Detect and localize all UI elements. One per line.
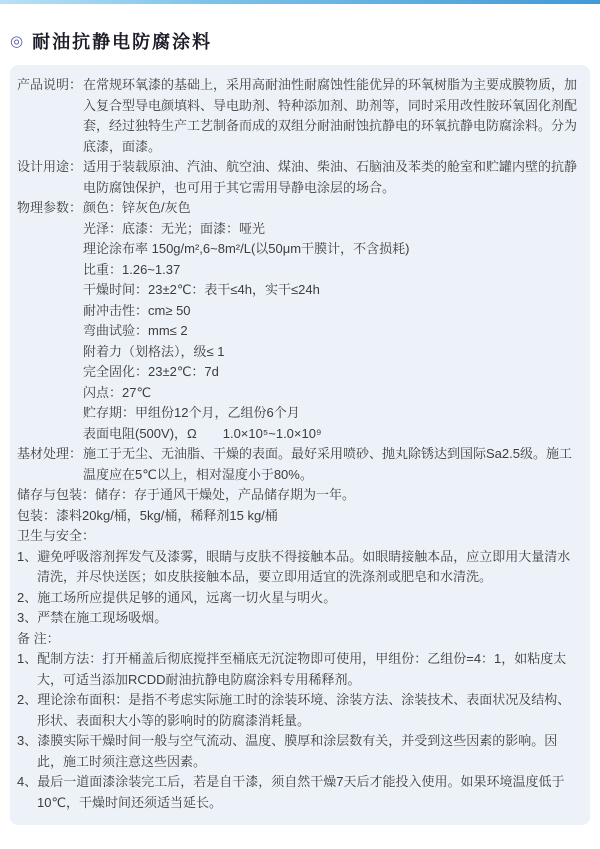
section-text: 在常规环氧漆的基础上，采用高耐油性耐腐蚀性能优异的环氧树脂为主要成膜物质，加入复… — [83, 75, 583, 157]
note-item: 1、配制方法：打开桶盖后彻底搅拌至桶底无沉淀物即可使用，甲组份：乙组份=4：1，… — [17, 649, 583, 690]
safety-item: 3、严禁在施工现场吸烟。 — [17, 608, 583, 629]
note-item: 4、最后一道面漆涂装完工后，若是自干漆，须自然干燥7天后才能投入使用。如果环境温… — [17, 772, 583, 813]
param-line: 附着力（划格法），级≤ 1 — [83, 342, 583, 363]
param-list: 颜色：锌灰色/灰色 光泽：底漆：无光；面漆：哑光 理论涂布率 150g/m²,6… — [83, 198, 583, 444]
param-line: 干燥时间：23±2℃：表干≤4h，实干≤24h — [83, 280, 583, 301]
safety-heading: 卫生与安全： — [17, 526, 583, 547]
section-label: 设计用途： — [17, 157, 83, 198]
packing-line: 包装：漆料20kg/桶，5kg/桶，稀释剂15 kg/桶 — [17, 506, 583, 527]
section-design-purpose: 设计用途： 适用于装载原油、汽油、航空油、煤油、柴油、石脑油及苯类的舱室和贮罐内… — [17, 157, 583, 198]
section-product-description: 产品说明： 在常规环氧漆的基础上，采用高耐油性耐腐蚀性能优异的环氧树脂为主要成膜… — [17, 75, 583, 157]
section-substrate-treatment: 基材处理： 施工于无尘、无油脂、干燥的表面。最好采用喷砂、抛丸除锈达到国际Sa2… — [17, 444, 583, 485]
safety-item: 1、避免呼吸溶剂挥发气及漆雾，眼睛与皮肤不得接触本品。如眼睛接触本品，应立即用大… — [17, 547, 583, 588]
note-item: 3、漆膜实际干燥时间一般与空气流动、温度、膜厚和涂层数有关，并受到这些因素的影响… — [17, 731, 583, 772]
section-text: 适用于装载原油、汽油、航空油、煤油、柴油、石脑油及苯类的舱室和贮罐内壁的抗静电防… — [83, 157, 583, 198]
section-label: 产品说明： — [17, 75, 83, 157]
section-physical-params: 物理参数： 颜色：锌灰色/灰色 光泽：底漆：无光；面漆：哑光 理论涂布率 150… — [17, 198, 583, 444]
safety-item: 2、施工场所应提供足够的通风，远离一切火星与明火。 — [17, 588, 583, 609]
param-line: 理论涂布率 150g/m²,6~8m²/L(以50μm干膜计，不含损耗) — [83, 239, 583, 260]
top-accent-line — [0, 0, 600, 4]
storage-line: 储存与包装：储存：存于通风干燥处，产品储存期为一年。 — [17, 485, 583, 506]
spec-panel: 产品说明： 在常规环氧漆的基础上，采用高耐油性耐腐蚀性能优异的环氧树脂为主要成膜… — [10, 65, 590, 825]
param-line: 弯曲试验：mm≤ 2 — [83, 321, 583, 342]
notes-list: 1、配制方法：打开桶盖后彻底搅拌至桶底无沉淀物即可使用，甲组份：乙组份=4：1，… — [17, 649, 583, 813]
section-label: 物理参数： — [17, 198, 83, 444]
section-text: 施工于无尘、无油脂、干燥的表面。最好采用喷砂、抛丸除锈达到国际Sa2.5级。施工… — [83, 444, 583, 485]
param-line: 贮存期：甲组份12个月，乙组份6个月 — [83, 403, 583, 424]
param-line: 颜色：锌灰色/灰色 — [83, 198, 583, 219]
notes-heading: 备 注： — [17, 629, 583, 650]
param-line: 耐冲击性：cm≥ 50 — [83, 301, 583, 322]
page-title: 耐油抗静电防腐涂料 — [32, 31, 212, 53]
param-line: 光泽：底漆：无光；面漆：哑光 — [83, 219, 583, 240]
page-header: ◎ 耐油抗静电防腐涂料 — [10, 31, 590, 53]
param-line: 表面电阻(500V)，Ω 1.0×10⁵~1.0×10⁹ — [83, 424, 583, 445]
title-bullet-icon: ◎ — [10, 31, 23, 53]
note-item: 2、理论涂布面积：是指不考虑实际施工时的涂装环境、涂装方法、涂装技术、表面状况及… — [17, 690, 583, 731]
param-line: 比重：1.26~1.37 — [83, 260, 583, 281]
section-label: 基材处理： — [17, 444, 83, 485]
param-line: 闪点：27℃ — [83, 383, 583, 404]
param-line: 完全固化：23±2℃：7d — [83, 362, 583, 383]
safety-list: 1、避免呼吸溶剂挥发气及漆雾，眼睛与皮肤不得接触本品。如眼睛接触本品，应立即用大… — [17, 547, 583, 629]
